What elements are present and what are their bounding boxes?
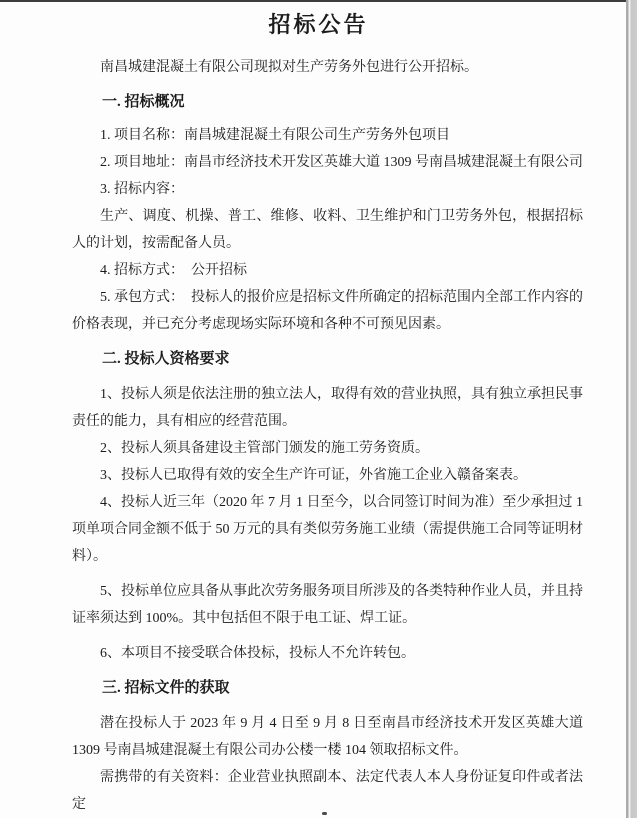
section-1-item-tender-method: 4. 招标方式： 公开招标 [72,257,583,284]
section-3-paragraph-1: 潜在投标人于 2023 年 9 月 4 日至 9 月 8 日至南昌市经济技术开发… [72,710,583,764]
section-1-heading: 一. 招标概况 [72,89,583,116]
scan-edge-top [0,0,637,2]
section-1-item-tender-content: 3. 招标内容： [72,176,583,203]
section-2-item-6: 6、本项目不接受联合体投标，投标人不允许转包。 [72,640,583,667]
section-2-item-4: 4、投标人近三年（2020 年 7 月 1 日至今，以合同签订时间为准）至少承担… [72,489,583,570]
scan-speck [322,812,327,815]
doc-body: 南昌城建混凝土有限公司现拟对生产劳务外包进行公开招标。 一. 招标概况 1. 项… [0,54,637,818]
section-2-heading: 二. 投标人资格要求 [72,346,583,373]
document-page: 招标公告 南昌城建混凝土有限公司现拟对生产劳务外包进行公开招标。 一. 招标概况… [0,0,637,818]
section-2-item-1: 1、投标人须是依法注册的独立法人，取得有效的营业执照，具有独立承担民事责任的能力… [72,381,583,435]
section-1-item-project-name: 1. 项目名称：南昌城建混凝土有限公司生产劳务外包项目 [72,122,583,149]
scan-edge-right [626,0,637,818]
section-3-paragraph-2: 需携带的有关资料：企业营业执照副本、法定代表人本人身份证复印件或者法定 [72,764,583,818]
section-1-item-contract-method: 5. 承包方式： 投标人的报价应是招标文件所确定的招标范围内全部工作内容的价格表… [72,284,583,338]
doc-title: 招标公告 [0,10,637,40]
intro-paragraph: 南昌城建混凝土有限公司现拟对生产劳务外包进行公开招标。 [72,54,583,81]
section-1-tender-content-detail: 生产、调度、机操、普工、维修、收料、卫生维护和门卫劳务外包，根据招标人的计划，按… [72,203,583,257]
section-2-item-3: 3、投标人已取得有效的安全生产许可证，外省施工企业入赣备案表。 [72,462,583,489]
section-2-item-2: 2、投标人须具备建设主管部门颁发的施工劳务资质。 [72,435,583,462]
section-1-item-project-address: 2. 项目地址：南昌市经济技术开发区英雄大道 1309 号南昌城建混凝土有限公司 [72,149,583,176]
section-2-item-5: 5、投标单位应具备从事此次劳务服务项目所涉及的各类特种作业人员，并且持证率须达到… [72,578,583,632]
section-3-heading: 三. 招标文件的获取 [72,675,583,702]
